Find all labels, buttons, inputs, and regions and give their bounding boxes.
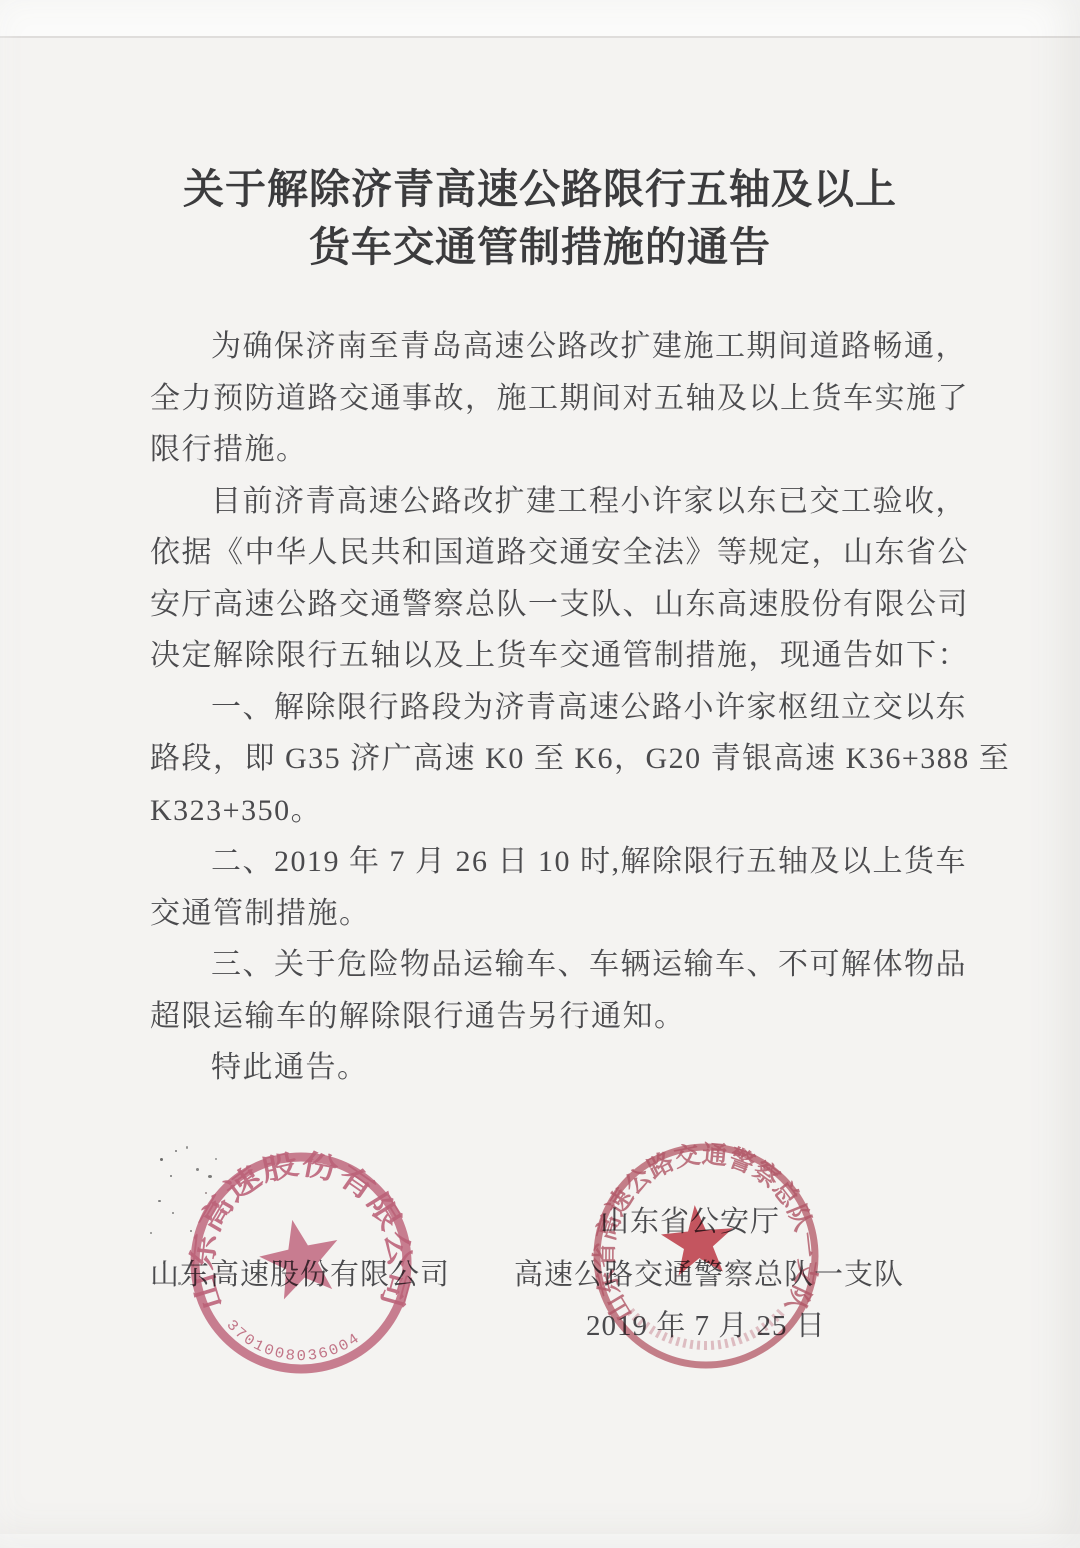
body-line-item-2: 交通管制措施。 [150, 888, 950, 940]
star-icon [253, 1212, 347, 1303]
scan-artifact-bottom-band [0, 1534, 1080, 1548]
scanned-notice-page: 关于解除济青高速公路限行五轴及以上 货车交通管制措施的通告 为确保济南至青岛高速… [0, 0, 1080, 1548]
scan-artifact-top-band [0, 0, 1080, 36]
police-seal-stamp: 山东省高速公路交通警察总队一支队 [586, 1136, 826, 1376]
star-icon [659, 1202, 737, 1277]
seal-bottom-smudge [630, 1311, 782, 1345]
body-line: 全力预防道路交通事故，施工期间对五轴及以上货车实施了 [150, 373, 950, 425]
body-line-item-1: K323+350。 [150, 785, 950, 837]
body-line-item-3: 超限运输车的解除限行通告另行通知。 [150, 991, 950, 1043]
body-line: 为确保济南至青岛高速公路改扩建施工期间道路畅通， [150, 321, 950, 373]
body-line: 安厅高速公路交通警察总队一支队、山东高速股份有限公司 [150, 579, 950, 631]
notice-title-line-1: 关于解除济青高速公路限行五轴及以上 [0, 156, 1080, 215]
body-line-item-1: 路段，即 G35 济广高速 K0 至 K6，G20 青银高速 K36+388 至 [150, 733, 950, 785]
seal-ring-text: 山东高速股份有限公司 [186, 1148, 416, 1313]
body-line-closing: 特此通告。 [150, 1042, 950, 1094]
body-line-item-3: 三、关于危险物品运输车、车辆运输车、不可解体物品 [150, 939, 950, 991]
body-line: 限行措施。 [150, 424, 950, 476]
body-line: 依据《中华人民共和国道路交通安全法》等规定，山东省公 [150, 527, 950, 579]
body-line: 决定解除限行五轴以及上货车交通管制措施，现通告如下： [150, 630, 950, 682]
notice-title-line-2: 货车交通管制措施的通告 [0, 214, 1080, 273]
body-line: 目前济青高速公路改扩建工程小许家以东已交工验收， [150, 476, 950, 528]
svg-text:山东高速股份有限公司: 山东高速股份有限公司 [186, 1148, 416, 1313]
body-line-item-1: 一、解除限行路段为济青高速公路小许家枢纽立交以东 [150, 682, 950, 734]
scan-artifact-seam-line [0, 36, 1080, 38]
body-line-item-2: 二、2019 年 7 月 26 日 10 时,解除限行五轴及以上货车 [150, 836, 950, 888]
notice-body: 为确保济南至青岛高速公路改扩建施工期间道路畅通， 全力预防道路交通事故，施工期间… [150, 321, 950, 1094]
company-seal-stamp: 山东高速股份有限公司 3701008036004 [186, 1148, 416, 1378]
